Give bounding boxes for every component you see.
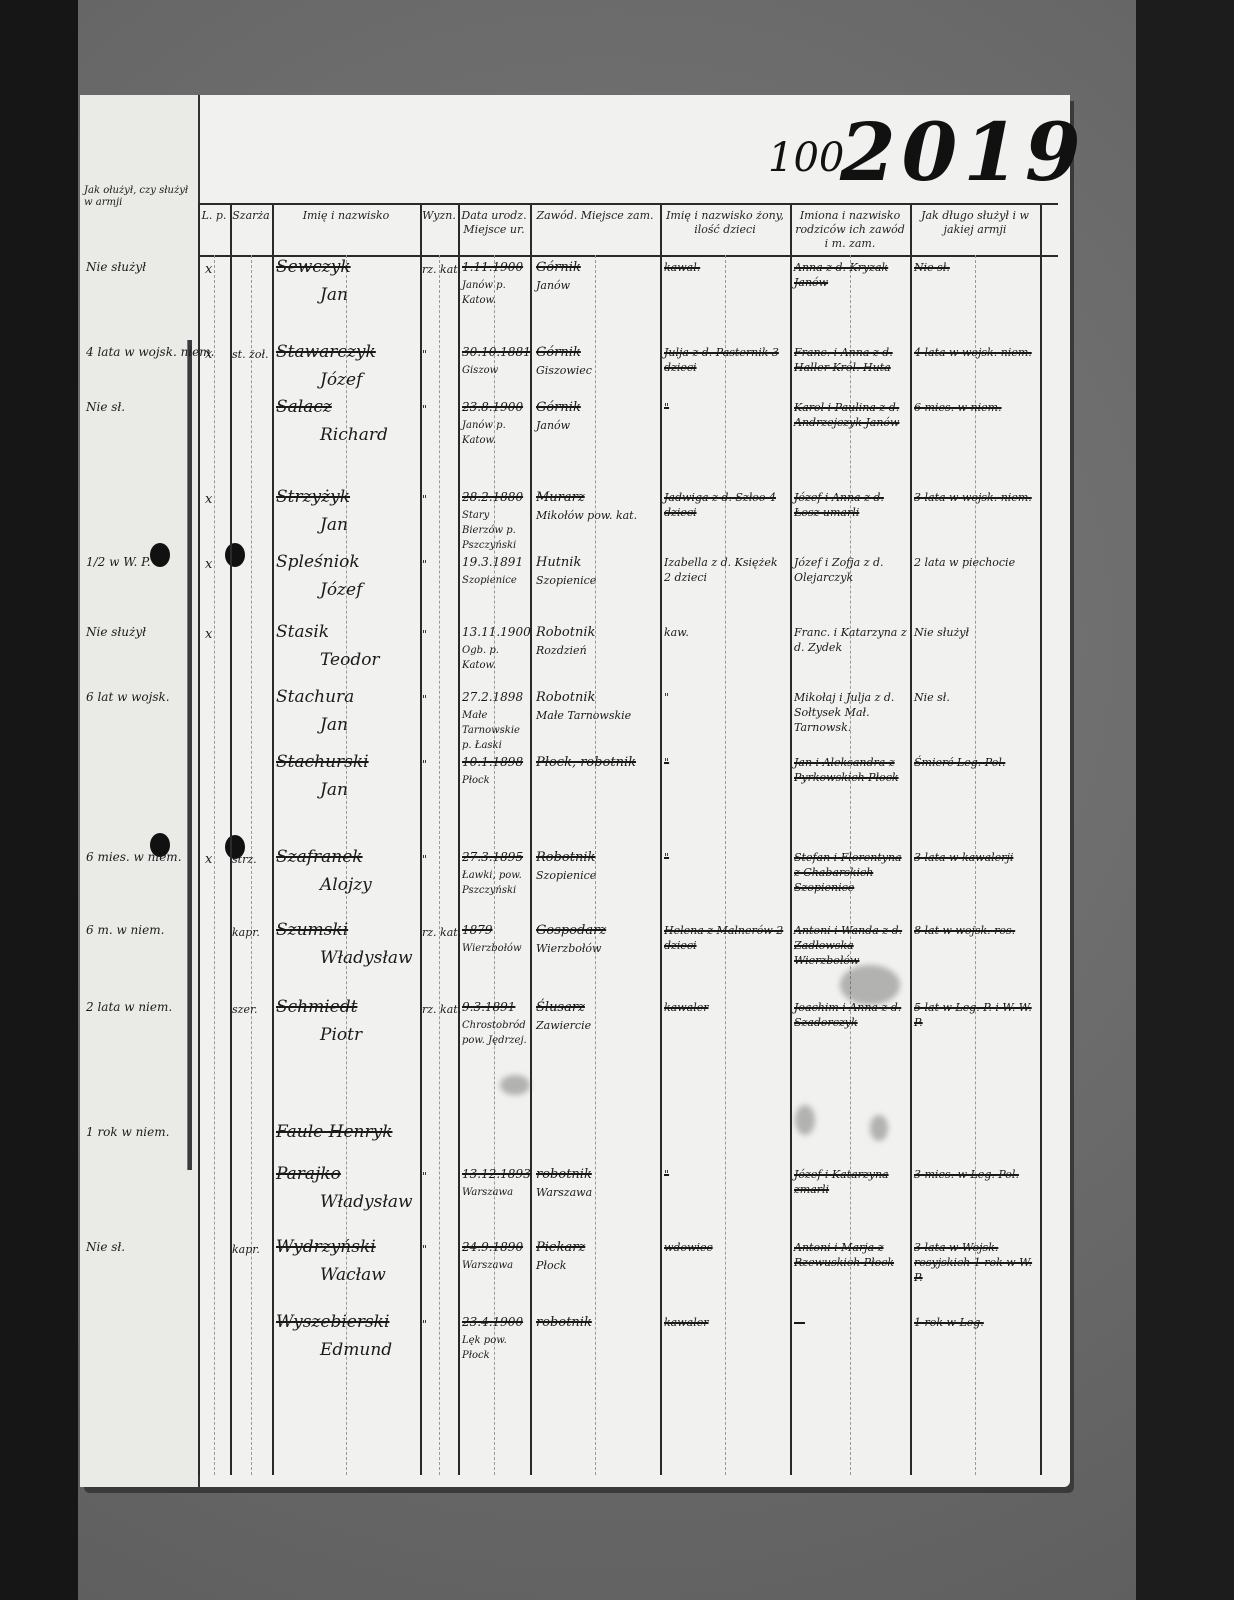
surname: Faule Henryk [276, 1125, 393, 1140]
column-rule [198, 203, 200, 1475]
stub-note: 6 m. w niem. [86, 923, 164, 937]
ink-stain [840, 965, 900, 1005]
stub-note: 1 rok w niem. [86, 1125, 169, 1139]
religion: " [422, 757, 427, 772]
military-service: 6 mies. w niem. [914, 400, 1038, 415]
military-service: 3 lata w Wojsk. rosyjskich 1 rok w W. P. [914, 1240, 1038, 1285]
birth-date: 23.4.1900 [462, 1315, 523, 1330]
religion: " [422, 692, 427, 707]
given-name: Józef [320, 373, 362, 388]
dotted-guide [975, 255, 976, 1475]
parents: Stefan i Florentyna z Chabarskich Szopie… [794, 850, 908, 895]
birth-place: Giszow [462, 363, 528, 378]
row-mark: x [205, 627, 212, 642]
column-header-rank: Szarża [232, 209, 270, 223]
occupation: Ślusarz [536, 1000, 585, 1015]
given-name: Richard [320, 428, 388, 443]
stub-note: 6 lat w wojsk. [86, 690, 170, 704]
religion: rz. kat. [422, 925, 461, 940]
occupation: Gospodarz [536, 923, 606, 938]
birth-date: 9.3.1891 [462, 1000, 515, 1015]
surname: Szumski [276, 923, 348, 938]
birth-date: 1.11.1900 [462, 260, 523, 275]
stub-note: Nie sł. [86, 400, 125, 414]
marital-status: " [664, 755, 786, 770]
register-page: 100 2019 Jak ołużył, czy służył w armji … [80, 95, 1070, 1487]
religion: " [422, 557, 427, 572]
military-service: Nie sł. [914, 260, 1038, 275]
header-rule-top [198, 203, 1058, 205]
parents: Franc. i Anna z d. Haller Król. Huta [794, 345, 908, 375]
occupation: Robotnik [536, 625, 595, 640]
parents: Józef i Zofja z d. Olejarczyk [794, 555, 908, 585]
given-name: Józef [320, 583, 362, 598]
marital-status: " [664, 690, 786, 705]
marital-status: " [664, 400, 786, 415]
military-service: 1 rok w Leg. [914, 1315, 1038, 1330]
surname: Parajko [276, 1167, 341, 1182]
column-header-parents: Imiona i nazwisko rodziców ich zawód i m… [792, 209, 908, 251]
residence: Giszowiec [536, 363, 592, 378]
religion: rz. kat. [422, 262, 461, 277]
parents: Jan i Aleksandra z Pyrkowskich Płock [794, 755, 908, 785]
military-service: 4 lata w wojsk. niem. [914, 345, 1038, 360]
birth-place: Szopienice [462, 573, 528, 588]
surname: Wydrzyński [276, 1240, 376, 1255]
parents: — [794, 1315, 908, 1330]
column-header-service: Jak długo służył i w jakiej armji [912, 209, 1038, 237]
birth-date: 23.8.1900 [462, 400, 523, 415]
ink-stain [870, 1115, 888, 1141]
residence: Janów [536, 278, 570, 293]
occupation: Robotnik [536, 690, 595, 705]
ink-stain [500, 1075, 530, 1095]
row-mark: x [205, 492, 212, 507]
marital-status: wdowiec [664, 1240, 786, 1255]
given-name: Jan [320, 718, 348, 733]
given-name: Wacław [320, 1268, 386, 1283]
row-rank: szer. [232, 1002, 258, 1017]
birth-date: 13.12.1893 [462, 1167, 531, 1182]
birth-date: 19.3.1891 [462, 555, 523, 570]
surname: Salacz [276, 400, 332, 415]
occupation: robotnik [536, 1167, 592, 1182]
religion: " [422, 1242, 427, 1257]
military-service: Nie sł. [914, 690, 1038, 705]
old-page-number: 100 [768, 135, 844, 181]
occupation: Górnik [536, 260, 581, 275]
column-header-lp: L. p. [200, 209, 228, 223]
punch-hole [225, 543, 245, 567]
marital-status: Helena z Malnerów 2 dzieci [664, 923, 786, 953]
column-header-marital: Imię i nazwisko żony, ilość dzieci [662, 209, 788, 237]
birth-date: 27.3.1895 [462, 850, 523, 865]
row-mark: x [205, 852, 212, 867]
birth-date: 10.1.1898 [462, 755, 523, 770]
parents: Antoni i Wanda z d. Zadłowska Wierzbołów [794, 923, 908, 968]
given-name: Jan [320, 783, 348, 798]
occupation: Górnik [536, 345, 581, 360]
religion: " [422, 852, 427, 867]
surname: Sewczyk [276, 260, 351, 275]
given-name: Jan [320, 518, 348, 533]
column-header-religion: Wyzn. [422, 209, 456, 223]
birth-place: Wierzbołów [462, 941, 528, 956]
punch-hole [150, 543, 170, 567]
scan-dark-border-right [1136, 0, 1234, 1600]
birth-date: 30.10.1881 [462, 345, 531, 360]
column-header-name: Imię i nazwisko [274, 209, 418, 223]
stub-note: 4 lata w wojsk. niem. [86, 345, 214, 359]
row-mark: x [205, 262, 212, 277]
marital-status: " [664, 1167, 786, 1182]
birth-date: 13.11.1900 [462, 625, 531, 640]
residence: Mikołów pow. kat. [536, 508, 637, 523]
ink-stain [795, 1105, 815, 1135]
column-rule [910, 203, 912, 1475]
birth-place: Janów p. Katow. [462, 418, 528, 448]
surname: Wyszebierski [276, 1315, 389, 1330]
residence: Rozdzień [536, 643, 587, 658]
occupation: Hutnik [536, 555, 581, 570]
column-rule [420, 203, 422, 1475]
religion: rz. kat. [422, 1002, 461, 1017]
parents: Franc. i Katarzyna z d. Zydek [794, 625, 908, 655]
marital-status: Jadwiga z d. Szłoo 4 dzieci [664, 490, 786, 520]
surname: Szafranek [276, 850, 363, 865]
surname: Stachurski [276, 755, 369, 770]
column-rule [660, 203, 662, 1475]
birth-place: Chrostobród pow. Jędrzej. [462, 1018, 528, 1048]
occupation: Murarz [536, 490, 585, 505]
military-service: 3 mies. w Leg. Pol. [914, 1167, 1038, 1182]
stub-note: Nie służył [86, 625, 146, 639]
military-service: 3 lata w kawalerji [914, 850, 1038, 865]
parents: Józef i Anna z d. Łosz umarli [794, 490, 908, 520]
military-service: 8 lat w wojsk. ros. [914, 923, 1038, 938]
marital-status: Izabella z d. Księżek 2 dzieci [664, 555, 786, 585]
birth-place: Ogb. p. Katow. [462, 643, 528, 673]
military-service: 2 lata w piechocie [914, 555, 1038, 570]
birth-place: Płock [462, 773, 528, 788]
residence: Janów [536, 418, 570, 433]
column-header-birth: Data urodz. Miejsce ur. [460, 209, 528, 237]
given-name: Władysław [320, 951, 413, 966]
religion: " [422, 1317, 427, 1332]
parents: Karol i Paulina z d. Andrzejczyk Janów [794, 400, 908, 430]
residence: Płock [536, 1258, 566, 1273]
residence: Szopienice [536, 573, 596, 588]
surname: Spleśniok [276, 555, 360, 570]
occupation: Górnik [536, 400, 581, 415]
column-rule [1040, 203, 1042, 1475]
military-service: Nie służył [914, 625, 1038, 640]
column-rule [530, 203, 532, 1475]
column-rule [458, 203, 460, 1475]
column-rule [230, 203, 232, 1475]
marital-status: Julja z d. Pasternik 3 dzieci [664, 345, 786, 375]
religion: " [422, 402, 427, 417]
birth-place: Warszawa [462, 1258, 528, 1273]
residence: Warszawa [536, 1185, 592, 1200]
row-rank: strz. [232, 852, 257, 867]
residence: Szopienice [536, 868, 596, 883]
military-service: 3 lata w wojsk. niem. [914, 490, 1038, 505]
dotted-guide [214, 255, 215, 1475]
given-name: Piotr [320, 1028, 362, 1043]
row-rank: kapr. [232, 1242, 260, 1257]
column-rule [272, 203, 274, 1475]
surname: Stawarczyk [276, 345, 376, 360]
parents: Józef i Katarzyna zmarli [794, 1167, 908, 1197]
page-number: 2019 [840, 105, 1087, 199]
occupation: Piekarz [536, 1240, 585, 1255]
marital-status: kawal. [664, 260, 786, 275]
occupation: robotnik [536, 1315, 592, 1330]
binding-thread [187, 340, 192, 1170]
military-service: Śmierć Leg. Pol. [914, 755, 1038, 770]
stub-note: 1/2 w W. P. [86, 555, 151, 569]
given-name: Władysław [320, 1195, 413, 1210]
dotted-guide [595, 255, 596, 1475]
occupation: Robotnik [536, 850, 595, 865]
surname: Stachura [276, 690, 354, 705]
religion: " [422, 347, 427, 362]
birth-place: Warszawa [462, 1185, 528, 1200]
stub-note: 2 lata w niem. [86, 1000, 172, 1014]
birth-date: 27.2.1898 [462, 690, 523, 705]
birth-place: Lęk pow. Płock [462, 1333, 528, 1363]
surname: Strzyżyk [276, 490, 350, 505]
birth-place: Ławki, pow. Pszczyński [462, 868, 528, 898]
religion: " [422, 627, 427, 642]
military-service: 5 lat w Leg. P. i W. W. P. [914, 1000, 1038, 1030]
marital-status: kawaler [664, 1000, 786, 1015]
row-rank: kapr. [232, 925, 260, 940]
parents: Antoni i Marja z Rzewuskich Płock [794, 1240, 908, 1270]
row-rank: st. żoł. [232, 347, 269, 362]
religion: " [422, 1169, 427, 1184]
parents: Joachim i Anna z d. Szadorczyk [794, 1000, 908, 1030]
dotted-guide [439, 255, 440, 1475]
stub-note: Nie sł. [86, 1240, 125, 1254]
birth-place: Janów p. Katow. [462, 278, 528, 308]
stub-note: Nie służył [86, 260, 146, 274]
parents: Anna z d. Kryzak Janów [794, 260, 908, 290]
scan-dark-border-left [0, 0, 78, 1600]
given-name: Teodor [320, 653, 380, 668]
marital-status: kaw. [664, 625, 786, 640]
given-name: Alojzy [320, 878, 372, 893]
birth-place: Małe Tarnowskie p. Łaski [462, 708, 528, 753]
stub-header: Jak ołużył, czy służył w armji [84, 185, 194, 209]
page-stub [80, 95, 200, 1487]
stub-note: 6 mies. w niem. [86, 850, 182, 864]
marital-status: kawaler [664, 1315, 786, 1330]
religion: " [422, 492, 427, 507]
birth-date: 1879 [462, 923, 493, 938]
birth-date: 24.9.1890 [462, 1240, 523, 1255]
occupation: Płock, robotnik [536, 755, 636, 770]
dotted-guide [725, 255, 726, 1475]
column-header-occupation: Zawód. Miejsce zam. [532, 209, 658, 223]
surname: Stasik [276, 625, 329, 640]
column-rule [790, 203, 792, 1475]
residence: Zawiercie [536, 1018, 591, 1033]
given-name: Edmund [320, 1343, 392, 1358]
surname: Schmiedt [276, 1000, 357, 1015]
residence: Małe Tarnowskie [536, 708, 631, 723]
marital-status: " [664, 850, 786, 865]
residence: Wierzbołów [536, 941, 601, 956]
row-mark: x [205, 557, 212, 572]
parents: Mikołaj i Julja z d. Sołtysek Mał. Tarno… [794, 690, 908, 735]
birth-date: 28.2.1880 [462, 490, 523, 505]
birth-place: Stary Bierzów p. Pszczyński [462, 508, 528, 553]
given-name: Jan [320, 288, 348, 303]
